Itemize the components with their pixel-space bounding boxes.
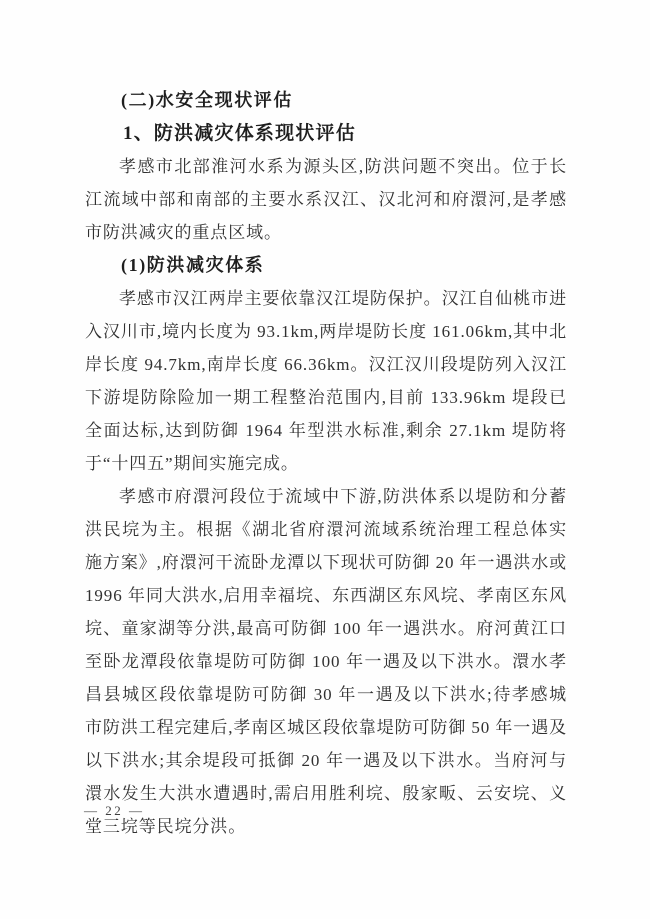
document-page: (二)水安全现状评估 1、防洪减灾体系现状评估 孝感市北部淮河水系为源头区,防洪…: [0, 0, 650, 919]
section-heading: (二)水安全现状评估: [85, 84, 567, 117]
paragraph-intro: 孝感市北部淮河水系为源头区,防洪问题不突出。位于长江流域中部和南部的主要水系汉江…: [85, 150, 567, 249]
paragraph-fuhuan-river: 孝感市府澴河段位于流域中下游,防洪体系以堤防和分蓄洪民垸为主。根据《湖北省府澴河…: [85, 480, 567, 843]
item-heading: (1)防洪减灾体系: [85, 249, 567, 282]
subsection-heading: 1、防洪减灾体系现状评估: [85, 117, 567, 150]
document-body: (二)水安全现状评估 1、防洪减灾体系现状评估 孝感市北部淮河水系为源头区,防洪…: [85, 84, 567, 843]
paragraph-hanjiang-levee: 孝感市汉江两岸主要依靠汉江堤防保护。汉江自仙桃市进入汉川市,境内长度为 93.1…: [85, 282, 567, 480]
page-number: — 22 —: [84, 803, 145, 819]
